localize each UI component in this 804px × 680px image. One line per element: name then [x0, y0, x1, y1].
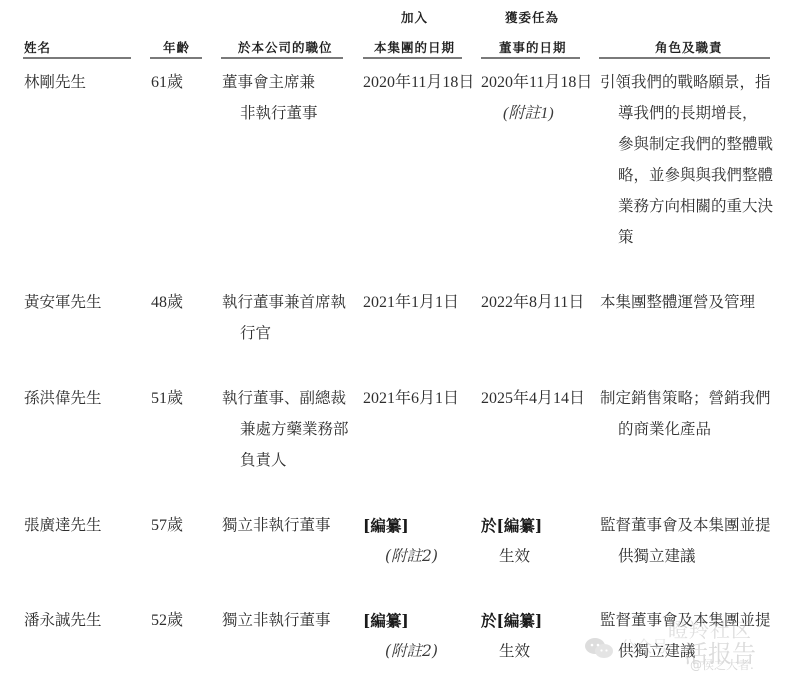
director-name: 張廣達先生 — [24, 510, 102, 541]
director-age: 48歲 — [151, 287, 183, 318]
header-appoint-date-line1: 獲委任為 — [505, 8, 559, 26]
join-date: [編纂] (附註2) — [363, 510, 438, 572]
header-role: 角色及職責 — [655, 38, 723, 56]
redacted-text: 於[編纂] — [481, 605, 542, 636]
director-position: 董事會主席兼 非執行董事 — [222, 67, 318, 129]
director-role: 制定銷售策略；營銷我們 的商業化產品 — [600, 383, 771, 445]
director-position: 執行董事兼首席執 行官 — [222, 287, 346, 349]
join-date: 2020年11月18日 — [363, 67, 474, 98]
appoint-date: 2020年11月18日 (附註1) — [481, 67, 592, 129]
footnote-ref: (附註1) — [481, 98, 592, 129]
header-underline — [481, 57, 580, 59]
header-appoint-date-line2: 董事的日期 — [499, 38, 567, 56]
redacted-text: [編纂] — [363, 510, 438, 541]
director-name: 孫洪偉先生 — [24, 383, 102, 414]
director-name: 潘永誠先生 — [24, 605, 102, 636]
director-position: 執行董事、副總裁 兼處方藥業務部 負責人 — [222, 383, 349, 476]
header-underline — [363, 57, 462, 59]
director-position: 獨立非執行董事 — [222, 605, 331, 636]
join-date: [編纂] (附註2) — [363, 605, 438, 667]
header-join-date-line2: 本集團的日期 — [374, 38, 455, 56]
redacted-text: 於[編纂] — [481, 510, 542, 541]
header-underline — [221, 57, 343, 59]
footnote-ref: (附註2) — [363, 636, 438, 667]
redacted-text: [編纂] — [363, 605, 438, 636]
header-underline — [23, 57, 131, 59]
header-underline — [599, 57, 770, 59]
director-age: 61歲 — [151, 67, 183, 98]
join-date: 2021年6月1日 — [363, 383, 459, 414]
director-name: 黃安軍先生 — [24, 287, 102, 318]
appoint-date: 2025年4月14日 — [481, 383, 585, 414]
director-position: 獨立非執行董事 — [222, 510, 331, 541]
join-date: 2021年1月1日 — [363, 287, 459, 318]
director-role: 監督董事會及本集團並提 供獨立建議 — [600, 510, 771, 572]
header-join-date-line1: 加入 — [401, 8, 428, 26]
director-name: 林剛先生 — [24, 67, 86, 98]
director-age: 52歲 — [151, 605, 183, 636]
director-role: 監督董事會及本集團並提 供獨立建議 — [600, 605, 771, 667]
appoint-date: 於[編纂] 生效 — [481, 605, 542, 667]
appoint-date: 2022年8月11日 — [481, 287, 584, 318]
header-underline — [150, 57, 202, 59]
footnote-ref: (附註2) — [363, 541, 438, 572]
appoint-date: 於[編纂] 生效 — [481, 510, 542, 572]
header-name: 姓名 — [24, 38, 51, 56]
header-position: 於本公司的職位 — [238, 38, 333, 56]
director-age: 57歲 — [151, 510, 183, 541]
director-age: 51歲 — [151, 383, 183, 414]
director-role: 引領我們的戰略願景，指 導我們的長期增長， 參與制定我們的整體戰 略，並參與與我… — [600, 67, 773, 253]
header-age: 年齡 — [163, 38, 190, 56]
director-role: 本集團整體運營及管理 — [600, 287, 755, 318]
